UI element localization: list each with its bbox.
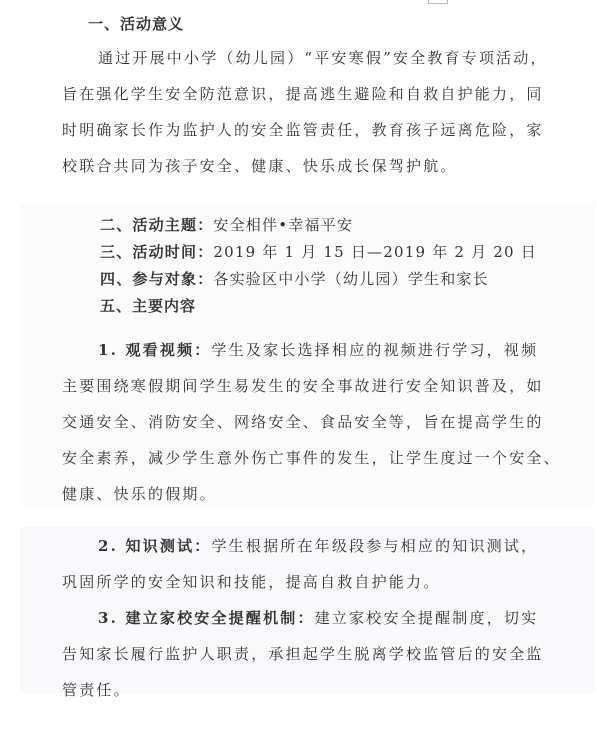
paragraph-line: 旨在强化学生安全防范意识，提高逃生避险和自救自护能力，同 — [62, 76, 562, 112]
participants-row: 四、参与对象：各实验区中小学（幼儿园）学生和家长 — [100, 268, 489, 289]
paragraph-line: 告知家长履行监护人职责，承担起学生脱离学校监管后的安全监 — [62, 636, 562, 672]
activity-time-label: 三、活动时间： — [100, 243, 213, 261]
participants-value: 各实验区中小学（幼儿园）学生和家长 — [213, 270, 488, 288]
paragraph-line: 通过开展中小学（幼儿园）“平安寒假”安全教育专项活动， — [62, 40, 562, 76]
item3-label: 3. 建立家校安全提醒机制： — [98, 609, 315, 627]
paragraph-line: 健康、快乐的假期。 — [62, 476, 562, 512]
item1-first-line: 学生及家长选择相应的视频进行学习，视频 — [211, 341, 538, 359]
participants-label: 四、参与对象： — [100, 270, 213, 288]
paragraph-line: 交通安全、消防安全、网络安全、食品安全等，旨在提高学生的 — [62, 404, 562, 440]
activity-theme-label: 二、活动主题： — [100, 216, 213, 234]
activity-theme-row: 二、活动主题：安全相伴•幸福平安 — [100, 214, 353, 235]
item2-first-line: 学生根据所在年级段参与相应的知识测试， — [211, 537, 538, 555]
activity-time-value: 2019 年 1 月 15 日—2019 年 2 月 20 日 — [213, 243, 537, 261]
section-heading-significance: 一、活动意义 — [88, 13, 184, 34]
paragraph-line: 安全素养，减少学生意外伤亡事件的发生，让学生度过一个安全、 — [62, 440, 562, 476]
paragraph-line: 管责任。 — [62, 672, 562, 708]
item1-label: 1. 观看视频： — [98, 341, 211, 359]
page-corner-mark — [428, 0, 448, 4]
activity-time-row: 三、活动时间：2019 年 1 月 15 日—2019 年 2 月 20 日 — [100, 241, 537, 262]
item3-first-line: 建立家校安全提醒制度，切实 — [315, 609, 539, 627]
paragraph-line: 校联合共同为孩子安全、健康、快乐成长保驾护航。 — [62, 148, 562, 184]
paragraph-line: 巩固所学的安全知识和技能，提高自救自护能力。 — [62, 564, 562, 600]
item3-paragraph: 3. 建立家校安全提醒机制：建立家校安全提醒制度，切实 告知家长履行监护人职责，… — [62, 600, 562, 708]
activity-theme-value: 安全相伴•幸福平安 — [213, 216, 353, 234]
paragraph-line: 时明确家长作为监护人的安全监管责任，教育孩子远离危险，家 — [62, 112, 562, 148]
section-heading-main-content: 五、主要内容 — [100, 295, 196, 316]
paragraph-line: 3. 建立家校安全提醒机制：建立家校安全提醒制度，切实 — [62, 600, 562, 636]
item1-paragraph: 1. 观看视频：学生及家长选择相应的视频进行学习，视频 主要围绕寒假期间学生易发… — [62, 332, 562, 512]
item2-paragraph: 2. 知识测试：学生根据所在年级段参与相应的知识测试， 巩固所学的安全知识和技能… — [62, 528, 562, 600]
section1-paragraph: 通过开展中小学（幼儿园）“平安寒假”安全教育专项活动， 旨在强化学生安全防范意识… — [62, 40, 562, 184]
paragraph-line: 1. 观看视频：学生及家长选择相应的视频进行学习，视频 — [62, 332, 562, 368]
paragraph-line: 主要围绕寒假期间学生易发生的安全事故进行安全知识普及，如 — [62, 368, 562, 404]
paragraph-line: 2. 知识测试：学生根据所在年级段参与相应的知识测试， — [62, 528, 562, 564]
item2-label: 2. 知识测试： — [98, 537, 211, 555]
